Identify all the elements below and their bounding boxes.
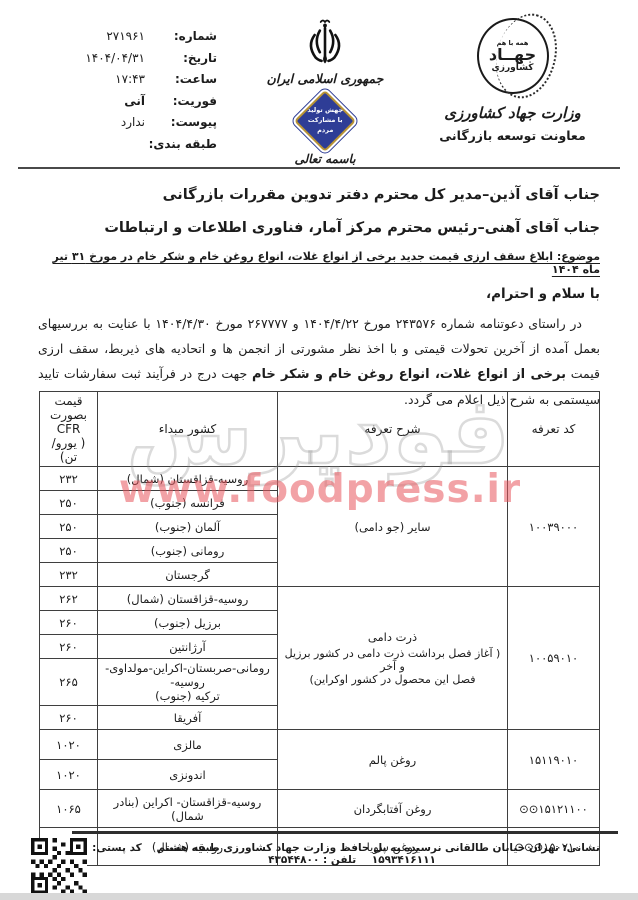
tariff-desc: روغن آفتابگردان (278, 790, 508, 828)
tariff-code: ۱۵۱۱۹۰۱۰ (508, 730, 600, 790)
logo-line2: کشاورزی (492, 63, 534, 73)
recipient-line-2: جناب آقای آهنی–رئیس محترم مرکز آمار، فنا… (38, 212, 600, 245)
cfr-price: ۲۶۵ (40, 659, 98, 706)
number-label: شماره: (145, 26, 217, 48)
attachment-value: ندارد (121, 112, 145, 134)
logo-line1: جهــاد (489, 47, 536, 64)
origin-country: رومانی-صربستان-اکراین-مولداوی-روسیه- ترک… (98, 659, 278, 706)
meta-row-time: ساعت: ۱۷:۴۳ (28, 69, 217, 91)
iran-emblem-icon (302, 16, 348, 70)
qr-code (30, 838, 88, 894)
header-divider (18, 167, 620, 169)
basmala-text: باسمه تعالی (294, 152, 355, 166)
col-header-code: کد تعرفه (508, 392, 600, 467)
footer-phone: تلفن : ۴۳۵۴۴۸۰۰ (268, 854, 356, 866)
letter-page: همه با هم جهــاد کشاورزی وزارت جهاد کشاو… (0, 0, 638, 900)
origin-country: روسیه-قزاقستان (شمال) (98, 587, 278, 611)
tariff-code: ۱۰۰۳۹۰۰۰ (508, 467, 600, 587)
table-row: ۱۵۱۱۹۰۱۰ روغن پالم مالزی ۱۰۲۰ (40, 730, 600, 760)
letter-meta-block: شماره: ۲۷۱۹۶۱ تاریخ: ۱۴۰۴/۰۴/۳۱ ساعت: ۱۷… (28, 16, 235, 166)
origin-country: رومانی (جنوب) (98, 539, 278, 563)
date-value: ۱۴۰۴/۰۴/۳۱ (85, 48, 145, 70)
meta-row-classification: طبقه بندی: (28, 134, 217, 156)
cfr-price: ۲۵۰ (40, 515, 98, 539)
tariff-desc-title: ذرت دامی (283, 630, 502, 644)
cfr-price: ۱۰۶۵ (40, 790, 98, 828)
recipient-line-1: جناب آقای آذین–مدیر کل محترم دفتر تدوین … (38, 179, 600, 212)
cfr-price: ۲۶۲ (40, 587, 98, 611)
origin-country: روسیه-قزاقستان (شمال) (98, 467, 278, 491)
meta-row-urgency: فوریت: آنی (28, 91, 217, 113)
origin-country: گرجستان (98, 563, 278, 587)
cfr-price: ۲۶۰ (40, 611, 98, 635)
number-value: ۲۷۱۹۶۱ (106, 26, 145, 48)
country-name: جمهوری اسلامی ایران (267, 71, 384, 86)
tariff-desc: سایر (جو دامی) (278, 467, 508, 587)
time-value: ۱۷:۴۳ (115, 69, 145, 91)
origin-country: روسیه-قزاقستان- اکراین (بنادر شمال) (98, 790, 278, 828)
photo-bottom-edge (0, 893, 638, 900)
footer-divider (72, 831, 618, 834)
origin-country: اندونزی (98, 760, 278, 790)
col-header-country: کشور مبداء (98, 392, 278, 467)
origin-country: فرانسه (جنوب) (98, 491, 278, 515)
origin-country: مالزی (98, 730, 278, 760)
meta-row-number: شماره: ۲۷۱۹۶۱ (28, 26, 217, 48)
date-label: تاریخ: (145, 48, 217, 70)
urgency-label: فوریت: (145, 91, 217, 113)
recipients-block: جناب آقای آذین–مدیر کل محترم دفتر تدوین … (38, 179, 600, 245)
year-slogan-badge: جهش تولید با مشارکت مردم (293, 95, 357, 149)
tariff-desc: روغن پالم (278, 730, 508, 790)
salutation: با سلام و احترام، (486, 286, 600, 302)
col-header-price: قیمت بصورت CFR ( یورو/تن) (40, 392, 98, 467)
origin-country: آفریقا (98, 706, 278, 730)
cfr-price: ۲۶۰ (40, 635, 98, 659)
tariff-code: ۱۰۰۵۹۰۱۰ (508, 587, 600, 730)
table-row: ۱۰۰۳۹۰۰۰ سایر (جو دامی) روسیه-قزاقستان (… (40, 467, 600, 491)
meta-row-date: تاریخ: ۱۴۰۴/۰۴/۳۱ (28, 48, 217, 70)
cfr-price: ۲۳۲ (40, 467, 98, 491)
deputy-name: معاونت توسعه بازرگانی (439, 128, 585, 143)
tariff-desc-note: ( آغاز فصل برداشت ذرت دامی در کشور برزیل… (283, 647, 502, 686)
cfr-price: ۲۶۰ (40, 706, 98, 730)
meta-row-attachment: پیوست: ندارد (28, 112, 217, 134)
tariff-code: ⊙⊙۱۵۱۲۱۱۰۰ (508, 790, 600, 828)
year-slogan-text: جهش تولید با مشارکت مردم (305, 107, 345, 136)
subject-line: موضوع: ابلاغ سقف ارزی قیمت جدید برخی از … (38, 250, 600, 276)
table-row: ۱۰۰۵۹۰۱۰ ذرت دامی ( آغاز فصل برداشت ذرت … (40, 587, 600, 611)
logo-motto: همه با هم (497, 39, 529, 47)
col-header-desc: شرح تعرفه (278, 392, 508, 467)
national-emblem-block: جمهوری اسلامی ایران جهش تولید با مشارکت … (235, 16, 415, 166)
classification-label: طبقه بندی: (145, 134, 217, 156)
cfr-price: ۲۵۰ (40, 491, 98, 515)
origin-country: برزیل (جنوب) (98, 611, 278, 635)
origin-country: آرژانتین (98, 635, 278, 659)
cfr-price: ۱۰۲۰ (40, 760, 98, 790)
tariff-desc-title: روغن آفتابگردان (283, 802, 502, 816)
ministry-logo-block: همه با هم جهــاد کشاورزی وزارت جهاد کشاو… (415, 16, 610, 166)
urgency-value: آنی (124, 91, 145, 113)
tariff-desc-title: سایر (جو دامی) (283, 520, 502, 534)
jahad-keshavarzi-logo-icon: همه با هم جهــاد کشاورزی (477, 18, 549, 94)
footer-address: نشانی: تهران خیابان طالقانی نرسیده به پل… (157, 842, 599, 854)
cfr-price: ۲۳۲ (40, 563, 98, 587)
time-label: ساعت: (145, 69, 217, 91)
footer-text: نشانی: تهران خیابان طالقانی نرسیده به پل… (80, 842, 618, 866)
table-header-row: کد تعرفه شرح تعرفه کشور مبداء قیمت بصورت… (40, 392, 600, 467)
table-row: ⊙⊙۱۵۱۲۱۱۰۰ روغن آفتابگردان روسیه-قزاقستا… (40, 790, 600, 828)
ministry-name: وزارت جهاد کشاورزی (444, 104, 580, 122)
cfr-price: ۱۰۲۰ (40, 730, 98, 760)
tariff-desc: ذرت دامی ( آغاز فصل برداشت ذرت دامی در ک… (278, 587, 508, 730)
tariff-desc-title: روغن پالم (283, 753, 502, 767)
origin-country: آلمان (جنوب) (98, 515, 278, 539)
attachment-label: پیوست: (145, 112, 217, 134)
body-bold: برخی از انواع غلات، انواع روغن خام و شکر… (252, 367, 566, 382)
letter-header: همه با هم جهــاد کشاورزی وزارت جهاد کشاو… (28, 16, 610, 166)
tariff-table: کد تعرفه شرح تعرفه کشور مبداء قیمت بصورت… (39, 391, 600, 866)
cfr-price: ۲۵۰ (40, 539, 98, 563)
